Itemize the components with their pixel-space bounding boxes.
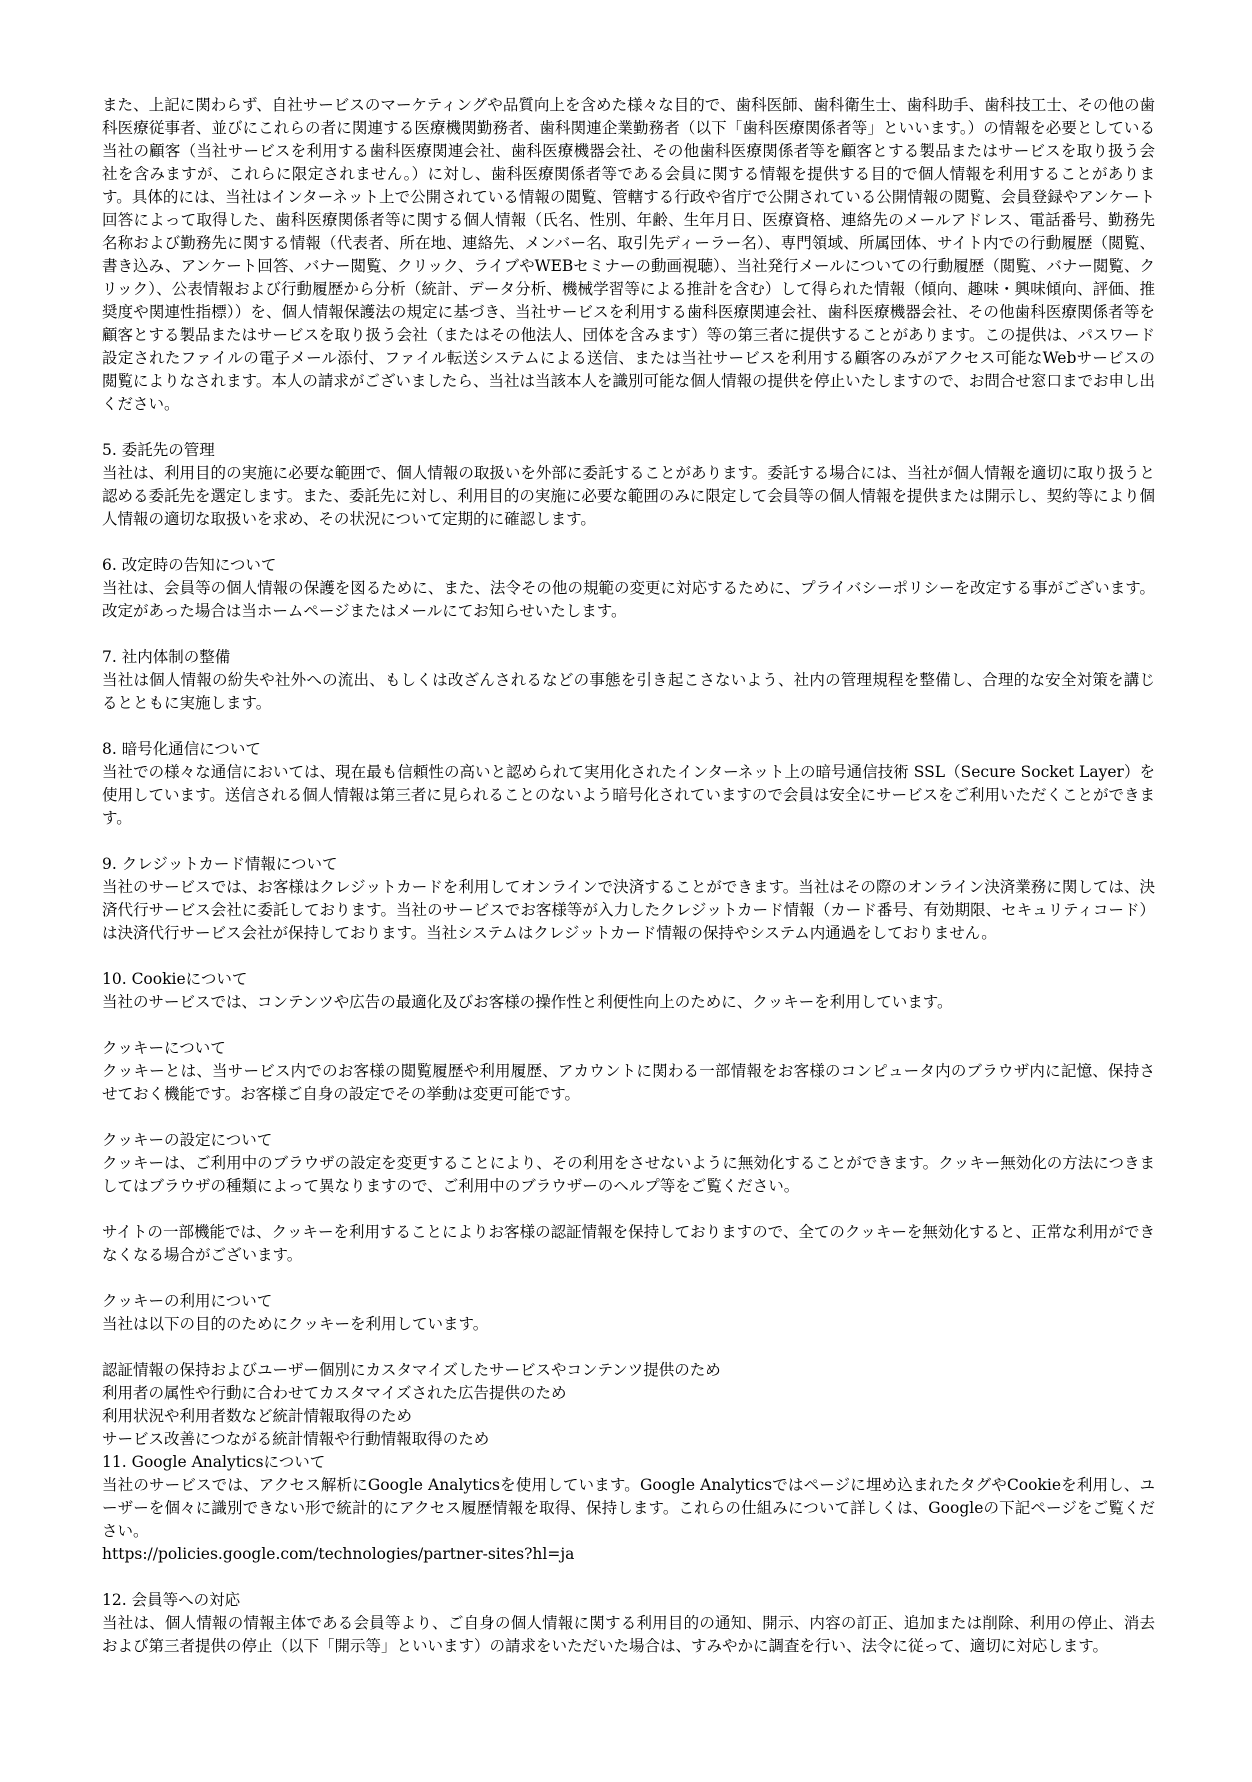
paragraph: 当社での様々な通信においては、現在最も信頼性の高いと認められて実用化されたインタ… (102, 761, 1155, 830)
document-page: また、上記に関わらず、自社サービスのマーケティングや品質向上を含めた様々な目的で… (0, 0, 1252, 1782)
paragraph: 当社のサービスでは、アクセス解析にGoogle Analyticsを使用していま… (102, 1474, 1155, 1543)
paragraph: クッキーとは、当サービス内でのお客様の閲覧履歴や利用履歴、アカウントに関わる一部… (102, 1060, 1155, 1106)
section-heading: クッキーの利用について (102, 1290, 1155, 1313)
list-line: 利用状況や利用者数など統計情報取得のため (102, 1405, 1155, 1428)
paragraph: クッキーは、ご利用中のブラウザの設定を変更することにより、その利用をさせないよう… (102, 1152, 1155, 1198)
paragraph: また、上記に関わらず、自社サービスのマーケティングや品質向上を含めた様々な目的で… (102, 94, 1155, 416)
paragraph: 当社は、利用目的の実施に必要な範囲で、個人情報の取扱いを外部に委託することがあり… (102, 462, 1155, 531)
paragraph: 当社は個人情報の紛失や社外への流出、もしくは改ざんされるなどの事態を引き起こさな… (102, 669, 1155, 715)
section-heading: 8. 暗号化通信について (102, 738, 1155, 761)
section-heading: 9. クレジットカード情報について (102, 853, 1155, 876)
list-line: 利用者の属性や行動に合わせてカスタマイズされた広告提供のため (102, 1382, 1155, 1405)
paragraph: 当社のサービスでは、コンテンツや広告の最適化及びお客様の操作性と利便性向上のため… (102, 991, 1155, 1014)
paragraph: 当社は、個人情報の情報主体である会員等より、ご自身の個人情報に関する利用目的の通… (102, 1612, 1155, 1658)
section-heading: 5. 委託先の管理 (102, 439, 1155, 462)
section-heading: 7. 社内体制の整備 (102, 646, 1155, 669)
section-heading: 6. 改定時の告知について (102, 554, 1155, 577)
section-heading: 12. 会員等への対応 (102, 1589, 1155, 1612)
section-heading: 10. Cookieについて (102, 968, 1155, 991)
paragraph: 当社のサービスでは、お客様はクレジットカードを利用してオンラインで決済することが… (102, 876, 1155, 945)
section-heading: 11. Google Analyticsについて (102, 1451, 1155, 1474)
paragraph: サイトの一部機能では、クッキーを利用することによりお客様の認証情報を保持しており… (102, 1221, 1155, 1267)
paragraph: 当社は以下の目的のためにクッキーを利用しています。 (102, 1313, 1155, 1336)
paragraph: 当社は、会員等の個人情報の保護を図るために、また、法令その他の規範の変更に対応す… (102, 577, 1155, 623)
list-line: サービス改善につながる統計情報や行動情報取得のため (102, 1428, 1155, 1451)
section-heading: クッキーの設定について (102, 1129, 1155, 1152)
document-body: また、上記に関わらず、自社サービスのマーケティングや品質向上を含めた様々な目的で… (102, 94, 1155, 1658)
section-heading: クッキーについて (102, 1037, 1155, 1060)
url-line: https://policies.google.com/technologies… (102, 1543, 1155, 1566)
list-line: 認証情報の保持およびユーザー個別にカスタマイズしたサービスやコンテンツ提供のため (102, 1359, 1155, 1382)
